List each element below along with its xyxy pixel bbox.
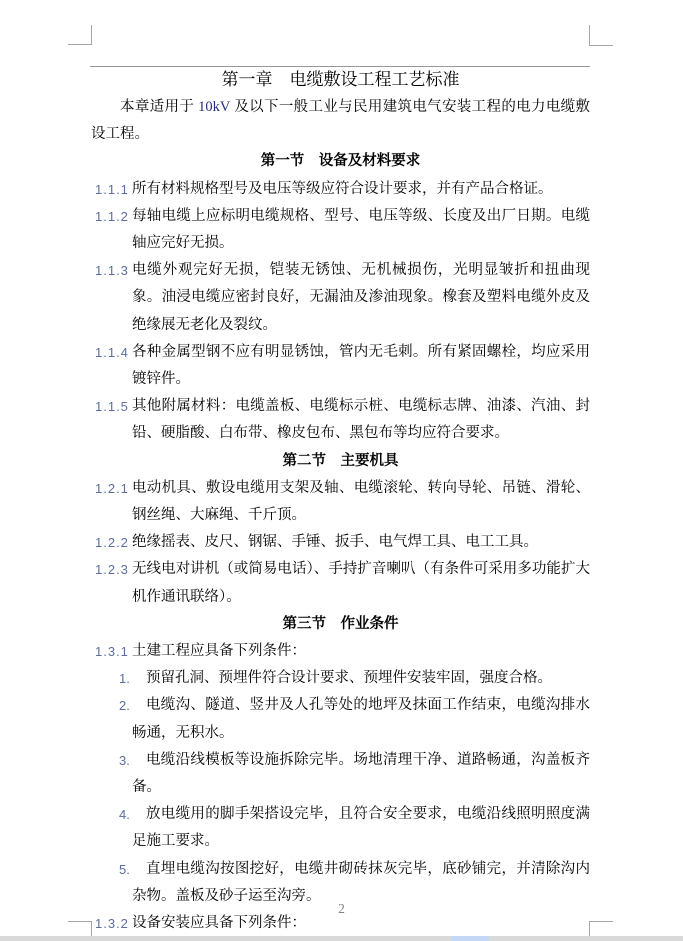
sub-item-text: 电缆沿线模板等设施拆除完毕。场地清理干净、道路畅通，沟盖板齐备。 [132,752,590,795]
clause-text: 各种金属型钢不应有明显锈蚀，管内无毛刺。所有紧固螺栓，均应采用镀锌件。 [132,344,590,387]
clause-1.2.1: 1.2.1电动机具、敷设电缆用支架及轴、电缆滚轮、转向导轮、吊链、滑轮、钢丝绳、… [91,475,590,529]
document-content: 第一章 电缆敷设工程工艺标准 本章适用于 10kV 及以下一般工业与民用建筑电气… [91,66,590,937]
sub-item-number: 1. [119,665,130,692]
sub-item-text: 直埋电缆沟按图挖好，电缆井砌砖抹灰完毕，底砂铺完，并清除沟内杂物。盖板及砂子运至… [132,861,590,904]
clause-1.1.4: 1.1.4各种金属型钢不应有明显锈蚀，管内无毛刺。所有紧固螺栓，均应采用镀锌件。 [91,339,590,393]
intro-text-prefix: 本章适用于 [120,99,198,115]
clause-number: 1.1.1 [95,176,129,203]
sub-item-1: 1.预留孔洞、预埋件符合设计要求、预埋件安装牢固，强度合格。 [91,665,590,692]
clause-number: 1.1.3 [95,257,129,284]
clause-text: 无线电对讲机（或简易电话）、手持扩音喇叭（有条件可采用多功能扩大机作通讯联络）。 [132,561,590,604]
sub-item-number: 5. [119,856,130,883]
clause-number: 1.1.4 [95,339,129,366]
crop-mark-top-left-horizontal [68,44,92,45]
horizontal-scrollbar-track[interactable] [0,936,683,941]
clause-text: 设备安装应具备下列条件： [132,915,306,931]
clause-text: 土建工程应具备下列条件： [132,643,306,659]
clause-1.2.2: 1.2.2绝缘摇表、皮尺、钢锯、手锤、扳手、电气焊工具、电工工具。 [91,529,590,556]
clause-number: 1.1.2 [95,203,129,230]
clause-number: 1.3.1 [95,638,129,665]
section-heading-1: 第一节 设备及材料要求 [91,148,590,175]
clause-text: 电动机具、敷设电缆用支架及轴、电缆滚轮、转向导轮、吊链、滑轮、钢丝绳、大麻绳、千… [132,480,590,523]
crop-mark-bottom-right-horizontal [589,921,613,922]
voltage-value: 10kV [198,99,230,115]
chapter-title: 第一章 电缆敷设工程工艺标准 [91,66,590,94]
sub-item-2: 2.电缆沟、隧道、竖井及人孔等处的地坪及抹面工作结束，电缆沟排水畅通，无积水。 [91,692,590,746]
page-number: 2 [0,901,683,917]
sub-item-number: 2. [119,692,130,719]
sub-item-text: 电缆沟、隧道、竖井及人孔等处的地坪及抹面工作结束，电缆沟排水畅通，无积水。 [132,697,590,740]
section-heading-3: 第三节 作业条件 [91,611,590,638]
clause-number: 1.2.3 [95,556,129,583]
crop-mark-top-right-horizontal [589,45,613,46]
clause-number: 1.1.5 [95,393,129,420]
clause-1.1.5: 1.1.5其他附属材料：电缆盖板、电缆标示桩、电缆标志牌、油漆、汽油、封铅、硬脂… [91,393,590,447]
sub-item-number: 3. [119,747,130,774]
crop-mark-top-right-vertical [589,25,590,46]
clause-text: 电缆外观完好无损，铠装无锈蚀、无机械损伤，光明显皱折和扭曲现象。油浸电缆应密封良… [132,262,590,332]
clause-1.3.1: 1.3.1土建工程应具备下列条件： [91,638,590,665]
clause-text: 所有材料规格型号及电压等级应符合设计要求，并有产品合格证。 [132,181,553,197]
clause-number: 1.2.2 [95,529,129,556]
crop-mark-bottom-left-horizontal [68,921,92,922]
clause-1.1.1: 1.1.1所有材料规格型号及电压等级应符合设计要求，并有产品合格证。 [91,176,590,203]
sub-item-text: 放电缆用的脚手架搭设完毕，且符合安全要求，电缆沿线照明照度满足施工要求。 [132,806,590,849]
sub-item-text: 预留孔洞、预埋件符合设计要求、预埋件安装牢固，强度合格。 [146,670,552,686]
sub-item-3: 3.电缆沿线模板等设施拆除完毕。场地清理干净、道路畅通，沟盖板齐备。 [91,747,590,801]
clause-text: 其他附属材料：电缆盖板、电缆标示桩、电缆标志牌、油漆、汽油、封铅、硬脂酸、白布带… [132,398,590,441]
sub-item-number: 4. [119,801,130,828]
clause-text: 每轴电缆上应标明电缆规格、型号、电压等级、长度及出厂日期。电缆轴应完好无损。 [132,208,590,251]
clause-text: 绝缘摇表、皮尺、钢锯、手锤、扳手、电气焊工具、电工工具。 [132,534,538,550]
clause-number: 1.2.1 [95,475,129,502]
clause-1.2.3: 1.2.3无线电对讲机（或简易电话）、手持扩音喇叭（有条件可采用多功能扩大机作通… [91,556,590,610]
section-heading-2: 第二节 主要机具 [91,448,590,475]
horizontal-scrollbar-thumb[interactable] [451,936,489,941]
clause-1.1.2: 1.1.2每轴电缆上应标明电缆规格、型号、电压等级、长度及出厂日期。电缆轴应完好… [91,203,590,257]
clause-1.1.3: 1.1.3电缆外观完好无损，铠装无锈蚀、无机械损伤，光明显皱折和扭曲现象。油浸电… [91,257,590,339]
intro-paragraph: 本章适用于 10kV 及以下一般工业与民用建筑电气安装工程的电力电缆敷设工程。 [91,94,590,148]
crop-mark-top-left-vertical [91,25,92,45]
sub-item-4: 4.放电缆用的脚手架搭设完毕，且符合安全要求，电缆沿线照明照度满足施工要求。 [91,801,590,855]
sections-container: 第一节 设备及材料要求1.1.1所有材料规格型号及电压等级应符合设计要求，并有产… [91,148,590,937]
